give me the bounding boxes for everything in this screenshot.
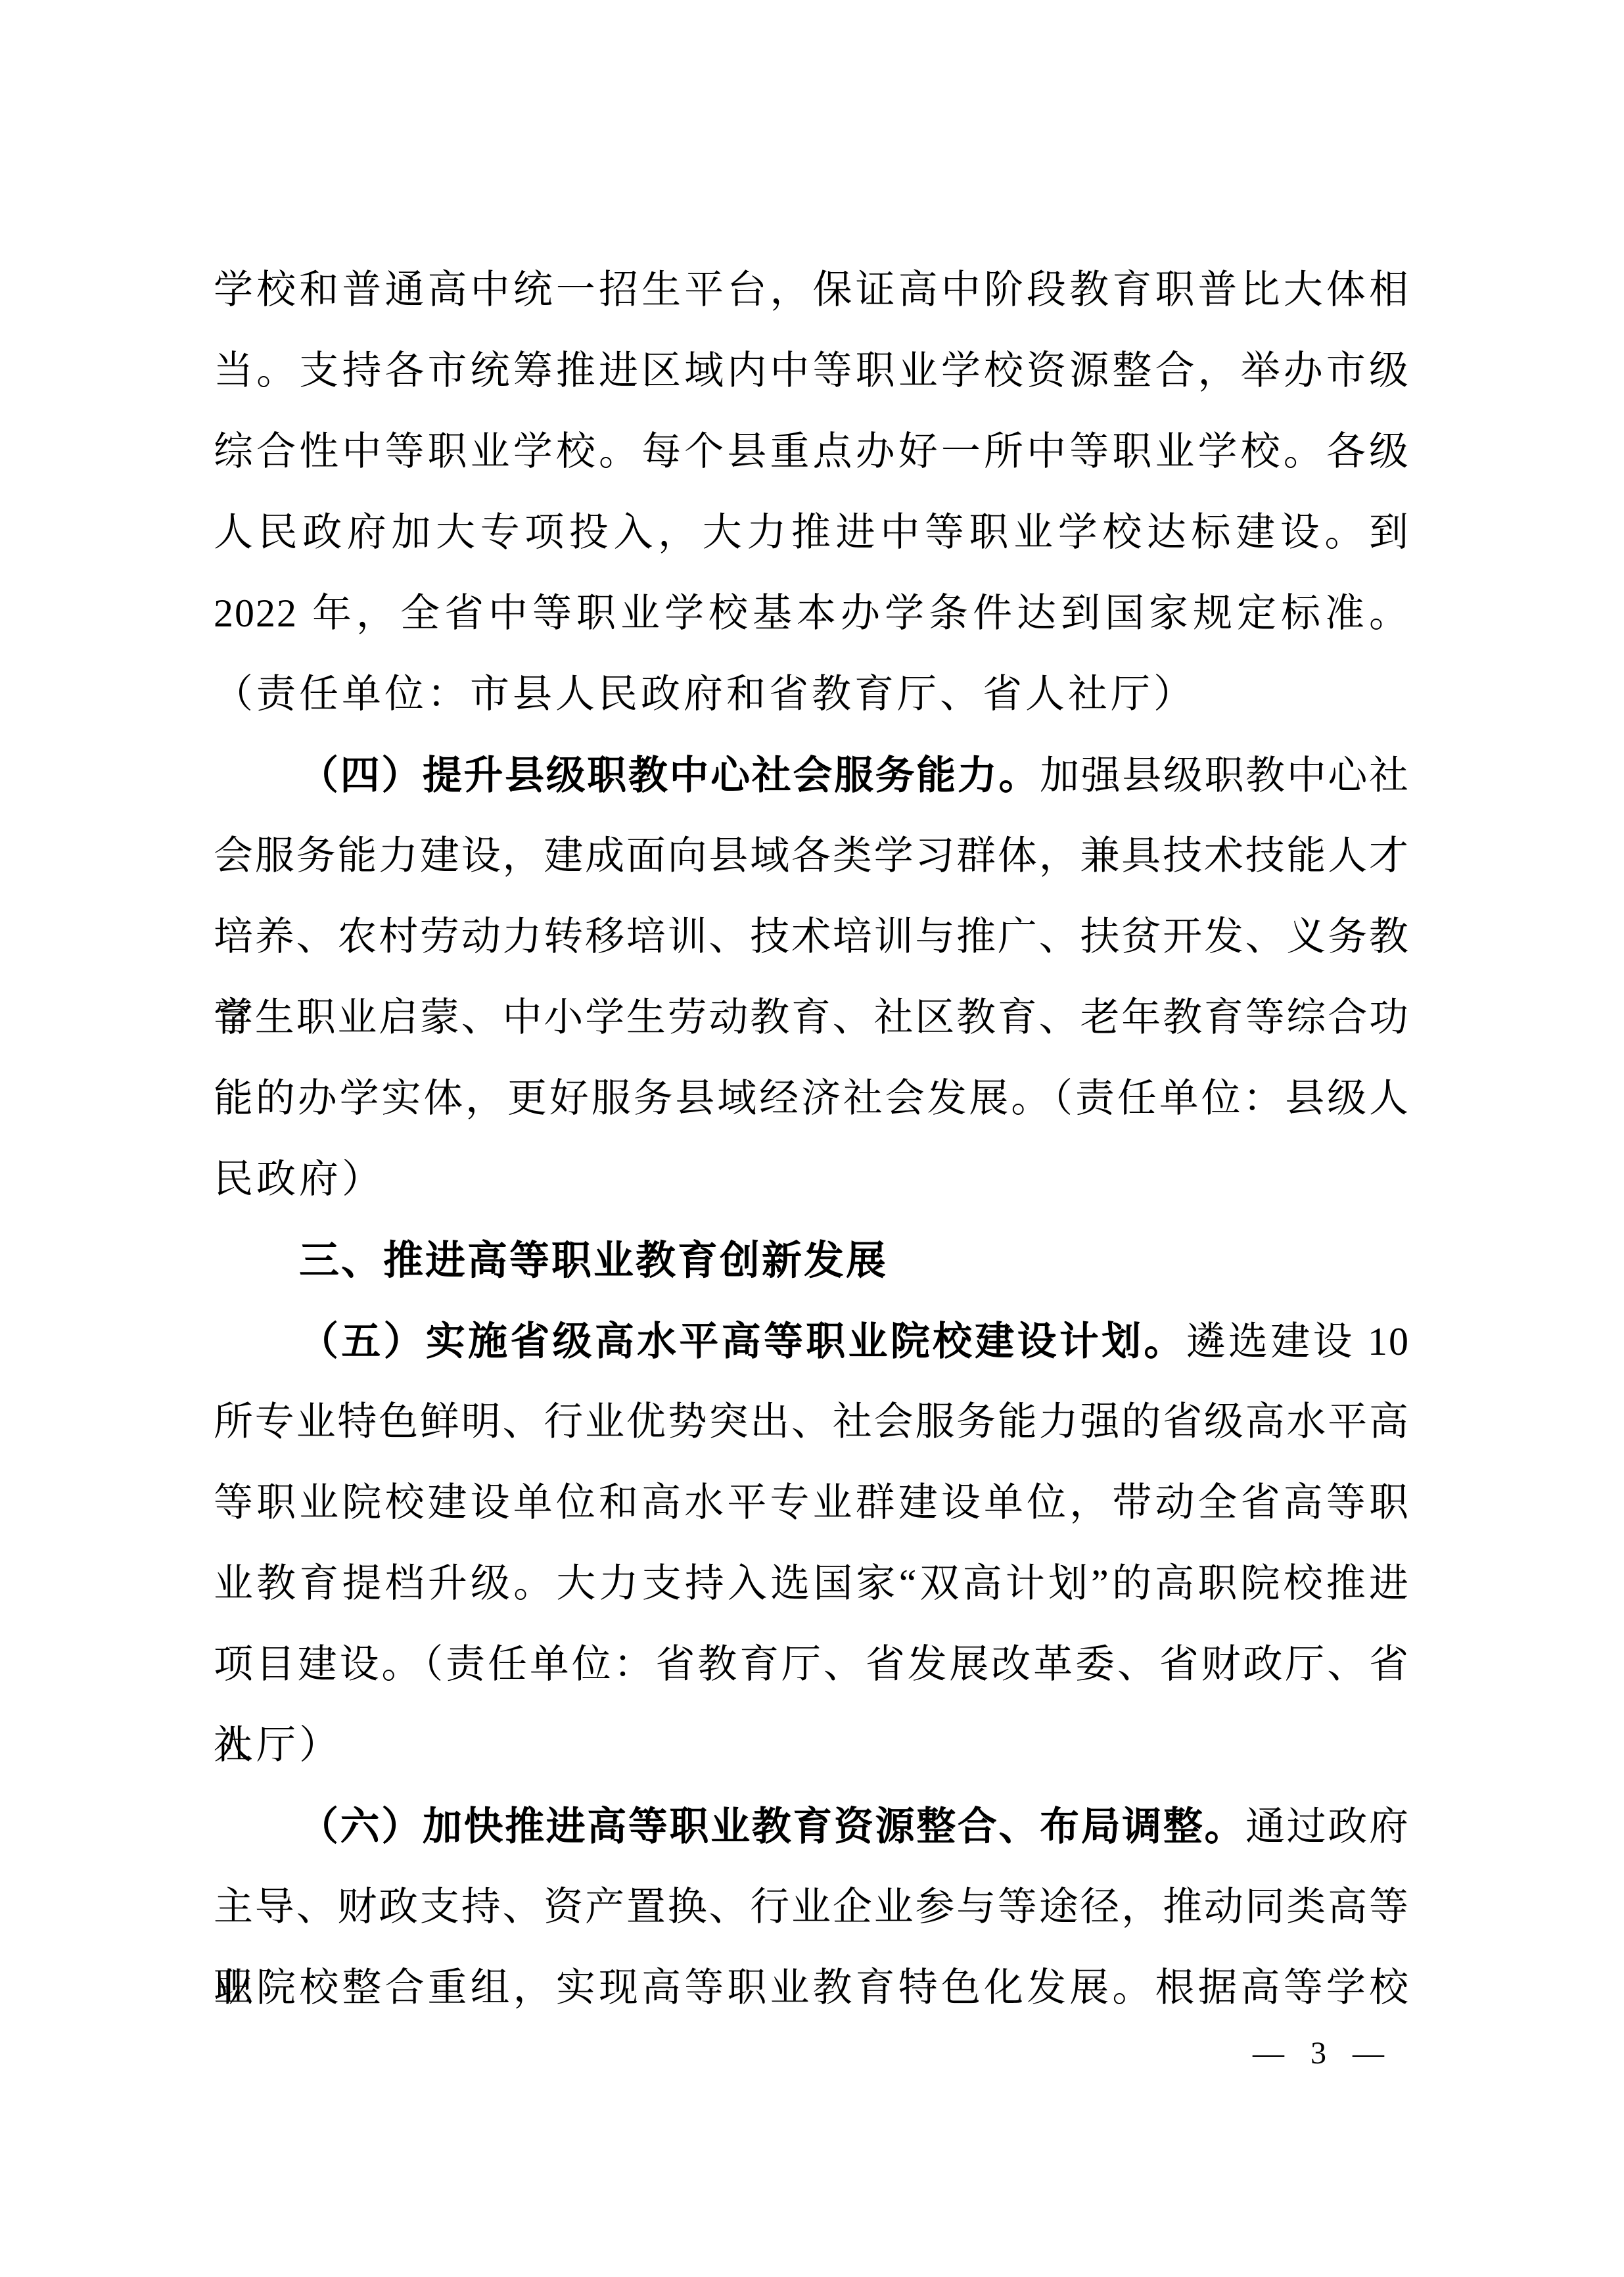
text-line: 业院校整合重组，实现高等职业教育特色化发展。根据高等学校 — [214, 1948, 1410, 2029]
text-line: 社厅） — [214, 1705, 1410, 1786]
text-line: 等职业院校建设单位和高水平专业群建设单位，带动全省高等职 — [214, 1463, 1410, 1543]
bold-lead-sentence: （六）加快推进高等职业教育资源整合、布局调整。 — [299, 1804, 1245, 1848]
document-page: 学校和普通高中统一招生平台，保证高中阶段教育职普比大体相 当。支持各市统筹推进区… — [0, 0, 1624, 2277]
text-line: 能的办学实体，更好服务县域经济社会发展。（责任单位：县级人 — [214, 1058, 1410, 1139]
text-line: （四）提升县级职教中心社会服务能力。加强县级职教中心社 — [214, 735, 1410, 816]
text-line: 人民政府加大专项投入，大力推进中等职业学校达标建设。到 — [214, 492, 1410, 573]
text-line: 所专业特色鲜明、行业优势突出、社会服务能力强的省级高水平高 — [214, 1382, 1410, 1463]
text-line: 主导、财政支持、资产置换、行业企业参与等途径，推动同类高等职 — [214, 1867, 1410, 1948]
section-heading: 三、推进高等职业教育创新发展 — [214, 1220, 1410, 1301]
text-line: 学生职业启蒙、中小学生劳动教育、社区教育、老年教育等综合功 — [214, 977, 1410, 1058]
bold-lead-sentence: （四）提升县级职教中心社会服务能力。 — [299, 753, 1040, 797]
text-line: 当。支持各市统筹推进区域内中等职业学校资源整合，举办市级 — [214, 331, 1410, 411]
text-line: 民政府） — [214, 1139, 1410, 1220]
text-line: 学校和普通高中统一招生平台，保证高中阶段教育职普比大体相 — [214, 250, 1410, 331]
text-line: 培养、农村劳动力转移培训、技术培训与推广、扶贫开发、义务教育 — [214, 897, 1410, 977]
text-line: （六）加快推进高等职业教育资源整合、布局调整。通过政府 — [214, 1786, 1410, 1867]
bold-lead-sentence: （五）实施省级高水平高等职业院校建设计划。 — [299, 1319, 1186, 1363]
text-line: （责任单位：市县人民政府和省教育厅、省人社厅） — [214, 654, 1410, 735]
text-line: 综合性中等职业学校。每个县重点办好一所中等职业学校。各级 — [214, 411, 1410, 492]
line-rest-text: 遴选建设 10 — [1186, 1320, 1410, 1363]
text-line: 会服务能力建设，建成面向县域各类学习群体，兼具技术技能人才 — [214, 816, 1410, 897]
text-line: 项目建设。（责任单位：省教育厅、省发展改革委、省财政厅、省人 — [214, 1624, 1410, 1705]
text-line: （五）实施省级高水平高等职业院校建设计划。遴选建设 10 — [214, 1301, 1410, 1382]
page-number: — 3 — — [1253, 2034, 1393, 2073]
line-rest-text: 加强县级职教中心社 — [1040, 754, 1410, 797]
text-line: 2022 年，全省中等职业学校基本办学条件达到国家规定标准。 — [214, 573, 1410, 654]
line-rest-text: 通过政府 — [1245, 1805, 1410, 1848]
document-text: 学校和普通高中统一招生平台，保证高中阶段教育职普比大体相 当。支持各市统筹推进区… — [214, 250, 1410, 2029]
text-line: 业教育提档升级。大力支持入选国家“双高计划”的高职院校推进 — [214, 1543, 1410, 1624]
